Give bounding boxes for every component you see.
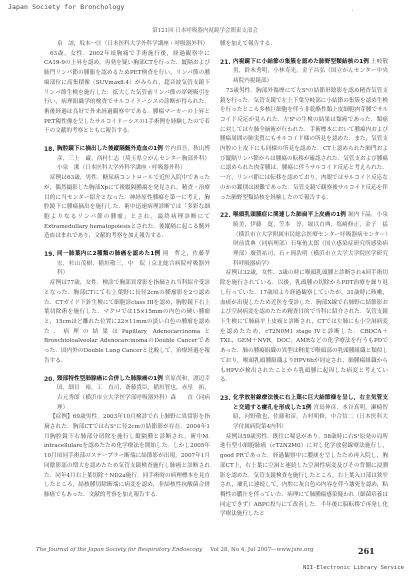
entry-number: 19. [44,250,57,279]
entry-number: 22. [220,211,233,269]
entry-number: 18. [44,145,57,174]
running-title: 第121回 日本呼吸器内視鏡学会関東支部会 [0,26,410,34]
footer-journal: The Journal of the Japan Society for Res… [36,547,314,553]
entry-body: 症例は77歳，女性．検診で胸部異常影を指摘され当科紹介受診となった．胸部CTにて… [44,279,210,366]
entry-number: 20. [44,375,57,414]
entry-body: 症例は63歳，男性．糖尿病コントロールで近医入院中であったが，偶然撮影した胸部X… [44,174,210,242]
page-number: 261 [358,546,375,556]
abstract-entry-18: 18. 胸腔鏡下に摘出した後縦隔髄外造血の1例 竹内真吾，秋山博彦，三上 巌，西… [44,145,210,242]
scan-speck [240,86,241,87]
entry-number: 21. [220,58,233,87]
entry-title: 内視鏡下に小結節の集簇を認めた肺野型類結核の1例 [233,59,369,65]
right-column: 腫を加えて報告する． 21. 内視鏡下に小結節の集簇を認めた肺野型類結核の1例 … [220,40,388,528]
left-column: 泉 諒，坂本一匡（日本医科大学外科学講座・呼吸器外科） 63歳，女性．2002年… [44,40,210,509]
entry-title: 喉頭乳頭腫症に関連した肺扁平上皮癌の1例 [233,212,346,218]
site-header: Japan Society for Bronchology [8,3,124,11]
entry-authors: 堀内下晶，小泉暁美，伊藤 寛，笠本 淳，堀以直典，塩崎修正，金子 猛（横浜市立大… [233,212,388,267]
abstract-entry-23: 23. 化学放射線療法後に右上葉に巨大結節様を呈し，右主気管支と交通する瘻孔を形… [220,394,388,520]
journal-name: The Journal of the Japan Society for Res… [36,547,202,553]
continuation-authors: 泉 諒，坂本一匡（日本医科大学外科学講座・呼吸器外科） [44,40,210,50]
abstract-entry-19: 19. 同一肺葉内に2種類の肺癌を認めた1例 岡 哲之，佐藤孝宏，杉山茂樹，稲垣… [44,250,210,366]
continuation-block: 腫を加えて報告する． [220,40,388,50]
entry-number: 23. [220,394,233,433]
entry-body: 症例は59歳男性．既往に喘息があり，58歳時に右S¹原発の局所進行型小細胞肺癌（… [220,433,388,520]
scan-speck [352,10,353,11]
journal-volume: Vol 28, No 4, Jul 2007—www.jsre.org [210,547,313,553]
entry-title: 頸部特性型肺腺癌に合併した肺腺癌の1例 [57,376,163,382]
abstract-entry-22: 22. 喉頭乳頭腫症に関連した肺扁平上皮癌の1例 堀内下晶，小泉暁美，伊藤 寛，… [220,211,388,386]
continuation-body: 63歳，女性．2002年頃胸痛で手術施行後，経過観察中にCA19-9の上昇を認め… [44,50,210,137]
abstract-entry-21: 21. 内視鏡下に小結節の集簇を認めた肺野型類結核の1例 土岐敬男，鈴木秀明，小… [220,58,388,204]
entry-body: 症例は32歳，女性．3歳の時に喉頭乳頭腫と診断され4回手術切除を施行されている．… [220,269,388,385]
entry-title: 同一肺葉内に2種類の肺癌を認めた1例 [57,251,161,257]
entry-body: 【症例】69歳男性．2003年10月検診で右上肺野に異常影を指摘された．胸部CT… [44,413,210,500]
abstract-entry-20: 20. 頸部特性型肺腺癌に合併した肺腺癌の1例 宮原尚和，渡辺幸国，細貝 裕，工… [44,375,210,501]
entry-body: 73歳男性．胸部外傷歴にて左S⁶の結節形陰影を認め精査気管支鏡を行った．気管支鏡… [220,87,388,203]
continuation-block: 泉 諒，坂本一匡（日本医科大学外科学講座・呼吸器外科） 63歳，女性．2002年… [44,40,210,137]
entry-title: 胸腔鏡下に摘出した後縦隔髄外造血の1例 [57,146,163,152]
library-credit: NII-Electronic Library Service [303,565,404,571]
